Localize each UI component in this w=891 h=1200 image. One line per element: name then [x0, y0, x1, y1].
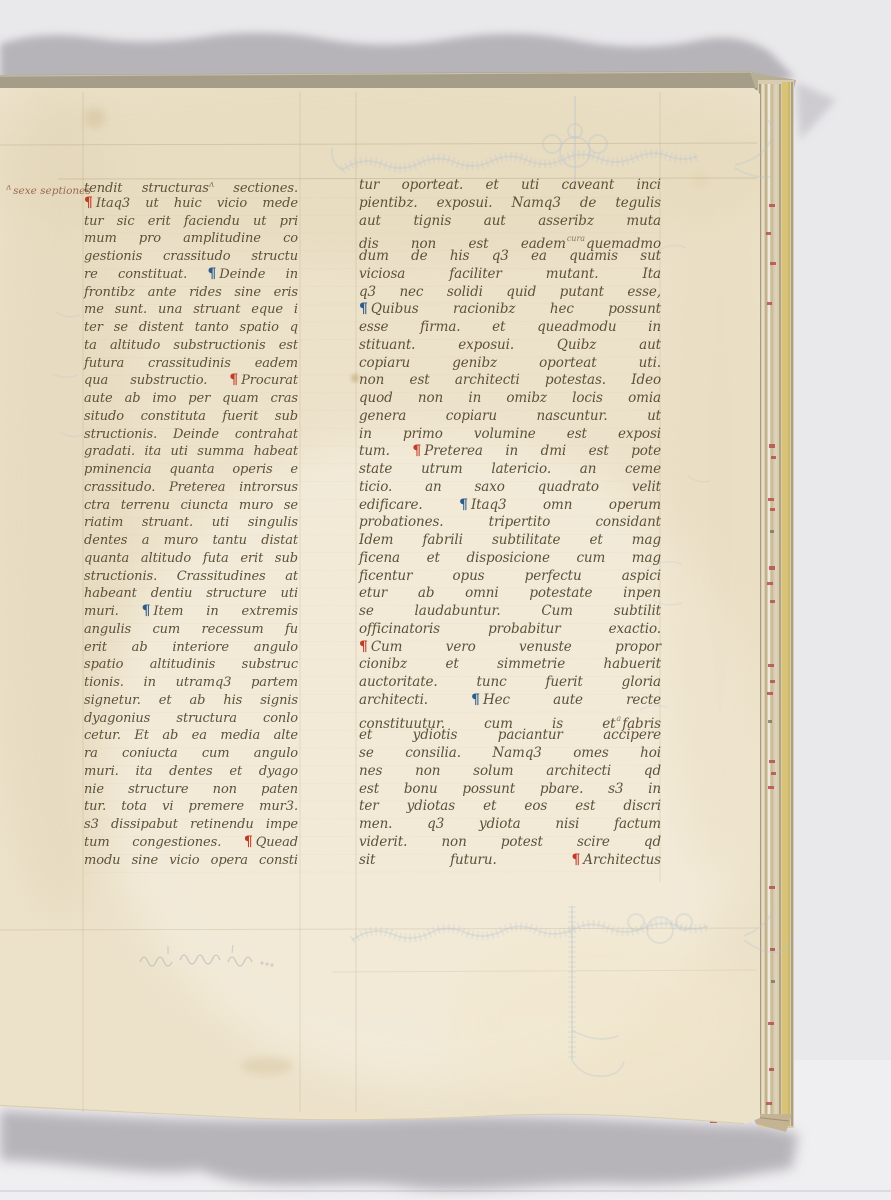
manuscript-line: nie structure non paten	[84, 781, 298, 799]
manuscript-line: et ydiotis paciantur accipere	[359, 727, 661, 745]
manuscript-line: situdo constituta fuerit sub	[84, 408, 298, 426]
manuscript-line: riatim struant. uti singulis	[84, 514, 298, 532]
manuscript-line: copiaru genibz oporteat uti.	[359, 355, 661, 373]
manuscript-line: se laudabuntur. Cum subtilit	[359, 603, 661, 621]
manuscript-line: state utrum latericio. an ceme	[359, 461, 661, 479]
manuscript-photo: ʌsexe septiones tendit structurasʌ secti…	[0, 0, 891, 1200]
pilcrow-mark-blue: ¶	[359, 301, 368, 319]
pilcrow-mark-red: ¶	[359, 639, 368, 657]
pilcrow-mark-red: ¶	[412, 443, 421, 461]
manuscript-line: dis non est eademcuraquemadmo	[359, 230, 661, 248]
pilcrow-mark-blue: ¶	[459, 497, 468, 515]
interlinear-addition: cura	[567, 234, 585, 243]
manuscript-line: stituant. exposui. Quibz aut	[359, 337, 661, 355]
manuscript-line: gestionis crassitudo structu	[84, 248, 298, 266]
manuscript-line: tum congestiones. ¶Quead	[84, 834, 298, 852]
manuscript-line: tionis. in utramq3 partem	[84, 674, 298, 692]
manuscript-line: constituutur. cum is etafabris	[359, 710, 661, 728]
manuscript-line: aut tignis aut asseribz muta	[359, 213, 661, 231]
manuscript-line: non est architecti potestas. Ideo	[359, 372, 661, 390]
manuscript-line: muri. ita dentes et dyago	[84, 763, 298, 781]
pilcrow-mark-blue: ¶	[142, 603, 151, 621]
manuscript-line: ¶Cum vero venuste propor	[359, 639, 661, 657]
pilcrow-mark-blue: ¶	[471, 692, 480, 710]
manuscript-line: angulis cum recessum fu	[84, 621, 298, 639]
manuscript-line: structionis. Crassitudines at	[84, 568, 298, 586]
manuscript-line: mum pro amplitudine co	[84, 230, 298, 248]
pilcrow-mark-blue: ¶	[207, 266, 216, 284]
manuscript-line: viderit. non potest scire qd	[359, 834, 661, 852]
manuscript-line: qua substructio. ¶Procurat	[84, 372, 298, 390]
manuscript-line: tum. ¶Preterea in dmi est pote	[359, 443, 661, 461]
manuscript-line: quanta altitudo futa erit sub	[84, 550, 298, 568]
manuscript-line: viciosa faciliter mutant. Ita	[359, 266, 661, 284]
manuscript-line: architecti. ¶Hec aute recte	[359, 692, 661, 710]
manuscript-line: dyagonius structura conlo	[84, 710, 298, 728]
manuscript-line: probationes. tripertito considant	[359, 514, 661, 532]
manuscript-line: genera copiaru nascuntur. ut	[359, 408, 661, 426]
marginal-note: ʌsexe septiones	[6, 183, 88, 197]
manuscript-line: signetur. et ab his signis	[84, 692, 298, 710]
manuscript-line: Idem fabrili subtilitate et mag	[359, 532, 661, 550]
manuscript-line: est bonu possunt pbare. s3 in	[359, 781, 661, 799]
manuscript-line: crassitudo. Preterea introrsus	[84, 479, 298, 497]
manuscript-line: tendit structurasʌ sectiones.	[84, 177, 298, 195]
manuscript-line: auctoritate. tunc fuerit gloria	[359, 674, 661, 692]
manuscript-line: edificare. ¶Itaq3 omn operum	[359, 497, 661, 515]
manuscript-line: tur sic erit faciendu ut pri	[84, 213, 298, 231]
manuscript-line: pminencia quanta operis e	[84, 461, 298, 479]
manuscript-line: ticio. an saxo quadrato velit	[359, 479, 661, 497]
manuscript-line: ter ydiotas et eos est discri	[359, 798, 661, 816]
pilcrow-mark-red: ¶	[84, 195, 93, 213]
manuscript-line: cionibz et simmetrie habuerit	[359, 656, 661, 674]
insertion-caret: ʌ	[6, 183, 11, 193]
interlinear-addition: a	[616, 714, 621, 723]
pilcrow-mark-red: ¶	[244, 834, 253, 852]
manuscript-line: futura crassitudinis eadem	[84, 355, 298, 373]
manuscript-line: tur oporteat. et uti caveant inci	[359, 177, 661, 195]
manuscript-line: cetur. Et ab ea media alte	[84, 727, 298, 745]
marginal-note-text: sexe septiones	[13, 185, 91, 197]
manuscript-line: in primo volumine est exposi	[359, 426, 661, 444]
manuscript-line: re constituat. ¶Deinde in	[84, 266, 298, 284]
manuscript-line: pientibz. exposui. Namq3 de tegulis	[359, 195, 661, 213]
manuscript-line: ficena et disposicione cum mag	[359, 550, 661, 568]
manuscript-line: nes non solum architecti qd	[359, 763, 661, 781]
manuscript-line: ter se distent tanto spatio q	[84, 319, 298, 337]
manuscript-line: frontibz ante rides sine eris	[84, 284, 298, 302]
manuscript-line: officinatoris probabitur exactio.	[359, 621, 661, 639]
insertion-caret: ʌ	[209, 180, 214, 190]
manuscript-line: gradati. ita uti summa habeat	[84, 443, 298, 461]
pilcrow-mark-red: ¶	[571, 852, 580, 870]
manuscript-line: erit ab interiore angulo	[84, 639, 298, 657]
manuscript-line: modu sine vicio opera consti	[84, 852, 298, 870]
manuscript-line: ctra terrenu ciuncta muro se	[84, 497, 298, 515]
manuscript-line: dum de his q3 ea quamis sut	[359, 248, 661, 266]
manuscript-line: ficentur opus perfectu aspici	[359, 568, 661, 586]
manuscript-line: muri. ¶Item in extremis	[84, 603, 298, 621]
manuscript-line: tur. tota vi premere mur3.	[84, 798, 298, 816]
manuscript-line: sit futuru. ¶Architectus	[359, 852, 661, 870]
manuscript-line: esse firma. et queadmodu in	[359, 319, 661, 337]
manuscript-line: ¶Quibus racionibz hec possunt	[359, 301, 661, 319]
manuscript-line: se consilia. Namq3 omes hoi	[359, 745, 661, 763]
manuscript-line: men. q3 ydiota nisi factum	[359, 816, 661, 834]
manuscript-line: etur ab omni potestate inpen	[359, 585, 661, 603]
manuscript-line: quod non in omibz locis omia	[359, 390, 661, 408]
manuscript-line: dentes a muro tantu distat	[84, 532, 298, 550]
manuscript-line: s3 dissipabut retinendu impe	[84, 816, 298, 834]
manuscript-line: habeant dentiu structure uti	[84, 585, 298, 603]
manuscript-line: spatio altitudinis substruc	[84, 656, 298, 674]
manuscript-column-1: tendit structurasʌ sectiones.¶Itaq3 ut h…	[84, 177, 298, 869]
manuscript-line: ta altitudo substructionis est	[84, 337, 298, 355]
pilcrow-mark-red: ¶	[229, 372, 238, 390]
manuscript-line: structionis. Deinde contrahat	[84, 426, 298, 444]
manuscript-line: q3 nec solidi quid putant esse,	[359, 284, 661, 302]
manuscript-line: ¶Itaq3 ut huic vicio mede	[84, 195, 298, 213]
manuscript-column-2: tur oporteat. et uti caveant incipientib…	[359, 177, 661, 869]
manuscript-line: aute ab imo per quam cras	[84, 390, 298, 408]
manuscript-line: me sunt. una struant eque i	[84, 301, 298, 319]
manuscript-line: ra coniucta cum angulo	[84, 745, 298, 763]
